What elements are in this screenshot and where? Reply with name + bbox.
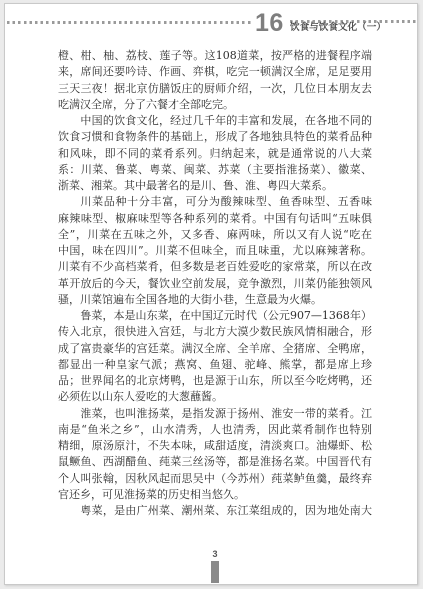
body-text: 橙、柑、柚、荔枝、莲子等。这108道菜，按严格的进餐程序端 来，席间还要吟诗、作… bbox=[58, 48, 372, 519]
text-line: 饮食习惯和食物条件的基础上，形成了各地独具特色的菜肴品种 bbox=[58, 129, 372, 145]
text-line: 中国，味在四川”。川菜不但味全，而且味重，尤以麻辣著称。 bbox=[58, 243, 372, 259]
text-line: 系：川菜、鲁菜、粤菜、闽菜、苏菜（主要指淮扬菜）、徽菜、 bbox=[58, 162, 372, 178]
text-line: 麻辣味型、椒麻味型等各种系列的菜肴。中国有句话叫“五味俱 bbox=[58, 211, 372, 227]
page-number: 3 bbox=[207, 549, 223, 559]
text-line: 橙、柑、柚、荔枝、莲子等。这108道菜，按严格的进餐程序端 bbox=[58, 48, 372, 64]
header-dotted-rule-left bbox=[7, 21, 251, 24]
text-line: 骚，川菜馆遍布全国各地的大街小巷，生意最为火爆。 bbox=[58, 292, 372, 308]
text-line: 中国的饮食文化，经过几千年的丰富和发展，在各地不同的 bbox=[58, 113, 372, 129]
text-line: 浙菜、湘菜。其中最著名的是川、鲁、淮、粤四大菜系。 bbox=[58, 178, 372, 194]
paragraph: 橙、柑、柚、荔枝、莲子等。这108道菜，按严格的进餐程序端 来，席间还要吟诗、作… bbox=[58, 48, 372, 113]
text-line: 川菜品种十分丰富，可分为酸辣味型、鱼香味型、五香味型、 bbox=[58, 194, 372, 210]
text-line: 来，席间还要吟诗、作画、弈棋，吃完一顿满汉全席，足足要用 bbox=[58, 64, 372, 80]
text-line: 成了富贵豪华的宫廷菜。满汉全席、全羊席、全猪席、全鸭席， bbox=[58, 341, 372, 357]
text-line: 品；世界闻名的北京烤鸭，也是源于山东，所以至今吃烤鸭，还 bbox=[58, 373, 372, 389]
viewer-background: 16 饮食与饮食文化（一） 橙、柑、柚、荔枝、莲子等。这108道菜，按严格的进餐… bbox=[0, 0, 423, 589]
text-line: 都显出一种皇家气派；燕窝、鱼翅、驼峰、熊掌，都是席上珍 bbox=[58, 357, 372, 373]
paragraph: 粤菜，是由广州菜、潮州菜、东江菜组成的，因为地处南大 bbox=[58, 503, 372, 519]
paragraph: 鲁菜，本是山东菜，在中国辽元时代（公元907—1368年） 传入北京，很快进入宫… bbox=[58, 308, 372, 406]
text-line: 吃满汉全席，分了六餐才全部吃完。 bbox=[58, 97, 372, 113]
text-line: 粤菜，是由广州菜、潮州菜、东江菜组成的，因为地处南大 bbox=[58, 503, 372, 519]
text-line: 鼠鳜鱼、西湖醋鱼、莼菜三丝汤等，都是淮扬名菜。中国晋代有 bbox=[58, 454, 372, 470]
text-line: 南是“鱼米之乡”，山水清秀，人也清秀，因此菜肴制作也特别 bbox=[58, 422, 372, 438]
chapter-title: 饮食与饮食文化（一） bbox=[290, 22, 386, 33]
text-line: 三天三夜！据北京仿膳饭庄的厨师介绍，一次，几位日本朋友去 bbox=[58, 81, 372, 97]
text-line: 全”，川菜在五味之外，又多香、麻两味，所以又有人说“吃在 bbox=[58, 227, 372, 243]
page-number-bar bbox=[211, 561, 219, 583]
text-line: 革开放后的今天，餐饮业空前发展，竞争激烈，川菜仍能独领风 bbox=[58, 276, 372, 292]
text-line: 川菜有不少高档菜肴，但多数是老百姓爱吃的家常菜，所以在改 bbox=[58, 259, 372, 275]
text-line: 必须佐以山东人爱吃的大葱蘸酱。 bbox=[58, 389, 372, 405]
text-line: 传入北京，很快进入宫廷，与北方大漠少数民族风情相融合，形 bbox=[58, 324, 372, 340]
text-line: 淮菜，也叫淮扬菜，是指发源于扬州、淮安一带的菜肴。江 bbox=[58, 406, 372, 422]
text-line: 官还乡，可见淮扬菜的历史相当悠久。 bbox=[58, 487, 372, 503]
paragraph: 川菜品种十分丰富，可分为酸辣味型、鱼香味型、五香味型、 麻辣味型、椒麻味型等各种… bbox=[58, 194, 372, 308]
text-line: 鲁菜，本是山东菜，在中国辽元时代（公元907—1368年） bbox=[58, 308, 372, 324]
paragraph: 淮菜，也叫淮扬菜，是指发源于扬州、淮安一带的菜肴。江 南是“鱼米之乡”，山水清秀… bbox=[58, 406, 372, 504]
text-line: 精细，原汤原汁，不失本味，咸甜适度，清淡爽口。油爆虾、松 bbox=[58, 438, 372, 454]
text-line: 和风味，即不同的菜肴系列。归纳起来，就是通常说的八大菜 bbox=[58, 146, 372, 162]
chapter-number: 16 bbox=[255, 11, 284, 36]
paragraph: 中国的饮食文化，经过几千年的丰富和发展，在各地不同的 饮食习惯和食物条件的基础上… bbox=[58, 113, 372, 194]
text-line: 个人叫张翰，因秋风起而思吴中（今苏州）莼菜鲈鱼羹，最终弃 bbox=[58, 471, 372, 487]
